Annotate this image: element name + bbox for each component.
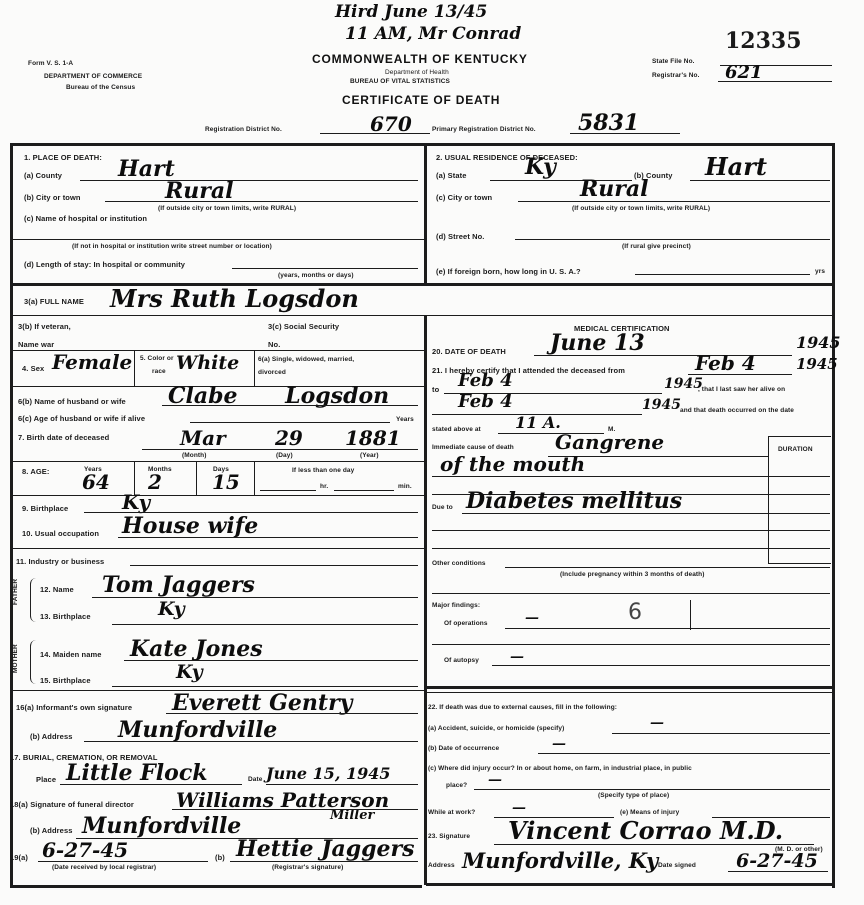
- birthplace-value[interactable]: Ky: [122, 490, 150, 514]
- means-of-injury-label: (e) Means of injury: [620, 809, 679, 816]
- last-saw-value[interactable]: Feb 4: [458, 391, 513, 412]
- while-at-work-value[interactable]: —: [512, 800, 526, 816]
- state-file-label: State File No.: [652, 58, 695, 65]
- of-operations-label: Of operations: [444, 620, 488, 627]
- husband-label: 6(b) Name of husband or wife: [18, 397, 126, 406]
- hr-label: hr.: [320, 483, 328, 490]
- father-birthplace-label: 13. Birthplace: [40, 612, 91, 621]
- day-caption: (Day): [276, 452, 293, 459]
- informant-signature-label: 16(a) Informant's own signature: [16, 703, 132, 712]
- date-occurrence-value[interactable]: —: [552, 736, 566, 752]
- of-autopsy-label: Of autopsy: [444, 657, 479, 664]
- duration-label: DURATION: [778, 446, 813, 453]
- attended-from-year[interactable]: 1945: [796, 355, 838, 373]
- sex-value[interactable]: Female: [52, 350, 132, 374]
- length-of-stay-label: (d) Length of stay: In hospital or commu…: [24, 260, 185, 269]
- burial-date-label: Date: [248, 776, 263, 783]
- race-label-1: 5. Color or: [140, 355, 174, 362]
- dept-commerce: DEPARTMENT OF COMMERCE: [44, 73, 142, 80]
- physician-signature-label: 23. Signature: [428, 833, 470, 840]
- informant-address-label: (b) Address: [30, 732, 73, 741]
- funeral-director-extra: Miller: [330, 808, 374, 823]
- father-tag: FATHER: [12, 579, 19, 605]
- physician-signature-value[interactable]: Vincent Corrao M.D.: [508, 816, 783, 845]
- attended-to-value[interactable]: Feb 4: [458, 370, 513, 391]
- stated-above-label: stated above at: [432, 426, 481, 433]
- occupation-value[interactable]: House wife: [122, 513, 258, 539]
- form-number: Form V. S. 1-A: [28, 60, 73, 67]
- funeral-address-value[interactable]: Munfordville: [82, 813, 241, 839]
- where-injury-note: (Specify type of place): [598, 792, 669, 799]
- of-operations-value[interactable]: —: [525, 610, 539, 626]
- res-state-value[interactable]: Ky: [525, 154, 556, 180]
- other-conditions-label: Other conditions: [432, 560, 486, 567]
- res-city-value[interactable]: Rural: [580, 176, 648, 202]
- birthplace-label: 9. Birthplace: [22, 504, 68, 513]
- marital-label-2: divorced: [258, 369, 286, 376]
- less-than-day-label: If less than one day: [292, 467, 354, 474]
- physician-address-value[interactable]: Munfordville, Ky: [462, 848, 658, 873]
- spouse-age-suffix: Years: [396, 416, 414, 423]
- min-label: min.: [398, 483, 412, 490]
- mother-birthplace-label: 15. Birthplace: [40, 676, 91, 685]
- duration-box: [768, 436, 831, 564]
- other-conditions-note: (Include pregnancy within 3 months of de…: [560, 571, 705, 578]
- birth-year-value[interactable]: 1881: [345, 426, 401, 450]
- date-signed-label: Date signed: [658, 862, 696, 869]
- due-to-value[interactable]: Diabetes mellitus: [466, 488, 682, 514]
- commonwealth-title: COMMONWEALTH OF KENTUCKY: [312, 52, 528, 66]
- serial-number: 12335: [725, 28, 802, 54]
- mother-name-value[interactable]: Kate Jones: [130, 636, 263, 662]
- death-city-label: (b) City or town: [24, 193, 81, 202]
- funeral-address-label: (b) Address: [30, 826, 73, 835]
- res-street-label: (d) Street No.: [436, 232, 484, 241]
- last-saw-label: , that I last saw her alive on: [698, 386, 785, 393]
- bureau-vital-statistics: BUREAU OF VITAL STATISTICS: [350, 78, 450, 85]
- residence-heading: 2. USUAL RESIDENCE OF DECEASED:: [436, 153, 578, 162]
- last-saw-year[interactable]: 1945: [642, 397, 681, 413]
- race-value[interactable]: White: [176, 352, 239, 374]
- name-war-label: Name war: [18, 340, 54, 349]
- due-to-label: Due to: [432, 504, 453, 511]
- age-years-value[interactable]: 64: [82, 470, 110, 494]
- date-received-value[interactable]: 6-27-45: [42, 838, 128, 862]
- occupation-label: 10. Usual occupation: [22, 529, 99, 538]
- where-injury-label-2: place?: [446, 782, 467, 789]
- margin-mark: 6: [628, 600, 642, 625]
- age-label: 8. AGE:: [22, 467, 50, 476]
- date-of-death-label: 20. DATE OF DEATH: [432, 347, 506, 356]
- birth-day-value[interactable]: 29: [275, 426, 303, 450]
- date-of-death-year[interactable]: 1945: [796, 333, 841, 352]
- accident-label: (a) Accident, suicide, or homicide (spec…: [428, 725, 564, 732]
- death-city-value[interactable]: Rural: [165, 178, 233, 204]
- father-birthplace-value[interactable]: Ky: [158, 598, 185, 620]
- place-of-death-heading: 1. PLACE OF DEATH:: [24, 153, 102, 162]
- month-caption: (Month): [182, 452, 207, 459]
- reg-district-label: Registration District No.: [205, 126, 282, 133]
- attended-from-value[interactable]: Feb 4: [695, 351, 756, 375]
- burial-place-label: Place: [36, 775, 56, 784]
- marital-label-1: 6(a) Single, widowed, married,: [258, 356, 354, 363]
- death-county-label: (a) County: [24, 171, 62, 180]
- foreign-born-label: (e) If foreign born, how long in U. S. A…: [436, 267, 581, 276]
- father-name-label: 12. Name: [40, 585, 74, 594]
- while-at-work-label: While at work?: [428, 809, 475, 816]
- registrar-no-value: 621: [725, 62, 763, 83]
- street-note: (If not in hospital or institution write…: [72, 243, 272, 250]
- res-city-note: (If outside city or town limits, write R…: [572, 205, 710, 212]
- funeral-director-label: 18(a) Signature of funeral director: [10, 800, 134, 809]
- year-caption: (Year): [360, 452, 379, 459]
- burial-place-value[interactable]: Little Flock: [66, 760, 207, 786]
- burial-date-value[interactable]: June 15, 1945: [266, 764, 391, 783]
- annotation-line-2: 11 AM, Mr Conrad: [345, 24, 521, 44]
- where-injury-value[interactable]: —: [488, 772, 502, 788]
- industry-label: 11. Industry or business: [16, 557, 104, 566]
- social-security-label: 3(c) Social Security: [268, 322, 339, 331]
- res-county-value[interactable]: Hart: [705, 152, 767, 181]
- informant-address-value[interactable]: Munfordville: [118, 717, 277, 743]
- father-name-value[interactable]: Tom Jaggers: [102, 572, 255, 598]
- of-autopsy-value[interactable]: —: [510, 649, 524, 665]
- res-city-label: (c) City or town: [436, 193, 492, 202]
- hospital-label: (c) Name of hospital or institution: [24, 214, 147, 223]
- res-state-label: (a) State: [436, 171, 467, 180]
- annotation-line-1: Hird June 13/45: [335, 2, 487, 22]
- registrar-no-label: Registrar's No.: [652, 72, 699, 79]
- dept-health: Department of Health: [385, 69, 449, 76]
- primary-district-label: Primary Registration District No.: [432, 126, 536, 133]
- res-street-note: (If rural give precinct): [622, 243, 691, 250]
- immediate-cause-label: Immediate cause of death: [432, 444, 514, 451]
- external-causes-heading: 22. If death was due to external causes,…: [428, 704, 617, 711]
- immediate-cause-value-1[interactable]: Gangrene: [555, 430, 664, 454]
- stay-note: (years, months or days): [278, 272, 354, 279]
- mother-name-label: 14. Maiden name: [40, 650, 102, 659]
- registrar-caption: (Registrar's signature): [272, 864, 343, 871]
- certificate-title: CERTIFICATE OF DEATH: [342, 93, 500, 107]
- accident-value[interactable]: —: [650, 715, 664, 731]
- major-findings-label: Major findings:: [432, 602, 480, 609]
- foreign-born-suffix: yrs: [815, 268, 825, 275]
- age-days-value[interactable]: 15: [212, 470, 240, 494]
- to-label: to: [432, 385, 439, 394]
- registrar-sig-label: (b): [215, 853, 225, 862]
- spouse-age-label: 6(c) Age of husband or wife if alive: [18, 414, 145, 423]
- bureau-census: Bureau of the Census: [66, 84, 135, 91]
- date-received-label: 19(a): [10, 853, 28, 862]
- sex-label: 4. Sex: [22, 364, 44, 373]
- date-signed-value[interactable]: 6-27-45: [736, 850, 818, 872]
- mother-tag: MOTHER: [12, 644, 19, 673]
- immediate-cause-value-2[interactable]: of the mouth: [440, 452, 585, 476]
- birth-date-label: 7. Birth date of deceased: [18, 433, 109, 442]
- full-name-label: 3(a) FULL NAME: [24, 297, 84, 306]
- veteran-label: 3(b) If veteran,: [18, 322, 71, 331]
- time-of-death-value[interactable]: 11 A.: [515, 413, 561, 432]
- race-label-2: race: [152, 368, 166, 375]
- where-injury-label-1: (c) Where did injury occur? In or about …: [428, 765, 692, 772]
- ss-no-label: No.: [268, 340, 280, 349]
- date-of-death-value[interactable]: June 13: [550, 330, 645, 356]
- mother-birthplace-value[interactable]: Ky: [176, 661, 203, 683]
- registrar-signature-value[interactable]: Hettie Jaggers: [236, 836, 415, 862]
- death-certificate: Hird June 13/45 11 AM, Mr Conrad Form V.…: [0, 0, 864, 905]
- birth-month-value[interactable]: Mar: [180, 426, 226, 450]
- physician-address-label: Address: [428, 862, 455, 869]
- death-city-note: (If outside city or town limits, write R…: [158, 205, 296, 212]
- occurred-label: and that death occurred on the date: [680, 407, 794, 414]
- date-received-caption: (Date received by local registrar): [52, 864, 156, 871]
- full-name-value[interactable]: Mrs Ruth Logsdon: [110, 284, 359, 313]
- date-occurrence-label: (b) Date of occurrence: [428, 745, 499, 752]
